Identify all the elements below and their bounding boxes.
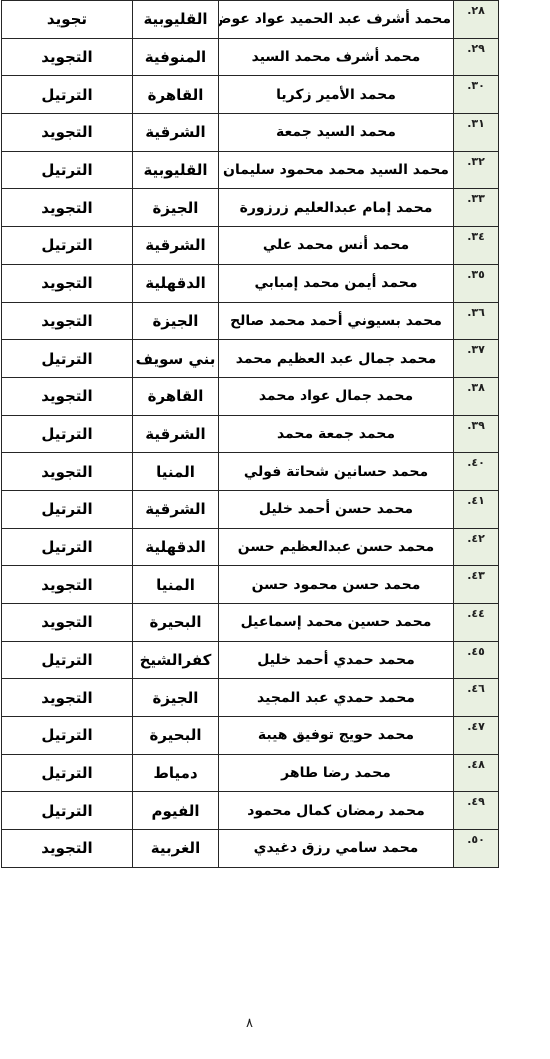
table-row: ٥٠.محمد سامي رزق دغيديالغربيةالتجويد: [2, 830, 499, 868]
category-cell: الترتيل: [2, 227, 133, 265]
governorate-cell: القليوبية: [133, 151, 219, 189]
category-cell: تجويد: [2, 1, 133, 39]
category-cell: التجويد: [2, 604, 133, 642]
governorate-cell: البحيرة: [133, 604, 219, 642]
governorate-cell: البحيرة: [133, 717, 219, 755]
category-cell: التجويد: [2, 566, 133, 604]
contestant-name-cell: محمد أيمن محمد إمبابي: [219, 264, 454, 302]
category-cell: التجويد: [2, 679, 133, 717]
contestant-name-cell: محمد حسن محمود حسن: [219, 566, 454, 604]
category-cell: الترتيل: [2, 415, 133, 453]
contestant-name-cell: محمد حمدي أحمد خليل: [219, 641, 454, 679]
governorate-cell: الشرقية: [133, 114, 219, 152]
contestant-name-cell: محمد حسن أحمد خليل: [219, 490, 454, 528]
contestant-name-cell: محمد جمال عواد محمد: [219, 377, 454, 415]
category-cell: الترتيل: [2, 528, 133, 566]
table-row: ٣٧.محمد جمال عبد العظيم محمدبني سويفالتر…: [2, 340, 499, 378]
contestants-table: ٢٨.محمد أشرف عبد الحميد عواد عوضالقليوبي…: [1, 0, 499, 868]
category-cell: الترتيل: [2, 490, 133, 528]
row-number-cell: ٤٣.: [454, 566, 499, 604]
contestant-name-cell: محمد بسيوني أحمد محمد صالح: [219, 302, 454, 340]
governorate-cell: الدقهلية: [133, 264, 219, 302]
contestant-name-cell: محمد الأمير زكريا: [219, 76, 454, 114]
category-cell: الترتيل: [2, 641, 133, 679]
contestant-name-cell: محمد حسانين شحاتة فولي: [219, 453, 454, 491]
table-row: ٤٨.محمد رضا طاهردمياطالترتيل: [2, 754, 499, 792]
category-cell: التجويد: [2, 453, 133, 491]
governorate-cell: الفيوم: [133, 792, 219, 830]
governorate-cell: الجيزة: [133, 302, 219, 340]
table-row: ٢٩.محمد أشرف محمد السيدالمنوفيةالتجويد: [2, 38, 499, 76]
contestant-name-cell: محمد سامي رزق دغيدي: [219, 830, 454, 868]
contestant-name-cell: محمد رضا طاهر: [219, 754, 454, 792]
contestant-name-cell: محمد حمدي عبد المجيد: [219, 679, 454, 717]
category-cell: الترتيل: [2, 754, 133, 792]
governorate-cell: المنوفية: [133, 38, 219, 76]
category-cell: الترتيل: [2, 76, 133, 114]
table-row: ٤٣.محمد حسن محمود حسنالمنياالتجويد: [2, 566, 499, 604]
table-row: ٣٣.محمد إمام عبدالعليم زرزورةالجيزةالتجو…: [2, 189, 499, 227]
contestant-name-cell: محمد حسين محمد إسماعيل: [219, 604, 454, 642]
table-row: ٤٤.محمد حسين محمد إسماعيلالبحيرةالتجويد: [2, 604, 499, 642]
governorate-cell: دمياط: [133, 754, 219, 792]
row-number-cell: ٤٤.: [454, 604, 499, 642]
row-number-cell: ٥٠.: [454, 830, 499, 868]
contestant-name-cell: محمد حسن عبدالعظيم حسن: [219, 528, 454, 566]
category-cell: التجويد: [2, 302, 133, 340]
table-row: ٤٩.محمد رمضان كمال محمودالفيومالترتيل: [2, 792, 499, 830]
table-row: ٣٩.محمد جمعة محمدالشرقيةالترتيل: [2, 415, 499, 453]
category-cell: الترتيل: [2, 792, 133, 830]
row-number-cell: ٤١.: [454, 490, 499, 528]
row-number-cell: ٣٨.: [454, 377, 499, 415]
contestant-name-cell: محمد رمضان كمال محمود: [219, 792, 454, 830]
contestants-table-body: ٢٨.محمد أشرف عبد الحميد عواد عوضالقليوبي…: [2, 1, 499, 868]
governorate-cell: المنيا: [133, 453, 219, 491]
row-number-cell: ٣١.: [454, 114, 499, 152]
governorate-cell: كفرالشيخ: [133, 641, 219, 679]
row-number-cell: ٤٠.: [454, 453, 499, 491]
row-number-cell: ٤٨.: [454, 754, 499, 792]
row-number-cell: ٣٧.: [454, 340, 499, 378]
table-row: ٣٨.محمد جمال عواد محمدالقاهرةالتجويد: [2, 377, 499, 415]
row-number-cell: ٢٩.: [454, 38, 499, 76]
row-number-cell: ٤٩.: [454, 792, 499, 830]
contestant-name-cell: محمد السيد محمد محمود سليمان: [219, 151, 454, 189]
table-row: ٤٧.محمد حويج توفيق هيبةالبحيرةالترتيل: [2, 717, 499, 755]
governorate-cell: القاهرة: [133, 377, 219, 415]
category-cell: التجويد: [2, 264, 133, 302]
governorate-cell: المنيا: [133, 566, 219, 604]
category-cell: التجويد: [2, 38, 133, 76]
row-number-cell: ٤٢.: [454, 528, 499, 566]
table-row: ٤٠.محمد حسانين شحاتة فوليالمنياالتجويد: [2, 453, 499, 491]
contestant-name-cell: محمد إمام عبدالعليم زرزورة: [219, 189, 454, 227]
governorate-cell: الجيزة: [133, 679, 219, 717]
category-cell: التجويد: [2, 377, 133, 415]
table-row: ٤٥.محمد حمدي أحمد خليلكفرالشيخالترتيل: [2, 641, 499, 679]
governorate-cell: الغربية: [133, 830, 219, 868]
row-number-cell: ٤٥.: [454, 641, 499, 679]
category-cell: التجويد: [2, 114, 133, 152]
row-number-cell: ٣٤.: [454, 227, 499, 265]
table-row: ٣٠.محمد الأمير زكرياالقاهرةالترتيل: [2, 76, 499, 114]
contestant-name-cell: محمد جمعة محمد: [219, 415, 454, 453]
category-cell: التجويد: [2, 830, 133, 868]
table-row: ٣٢.محمد السيد محمد محمود سليمانالقليوبية…: [2, 151, 499, 189]
governorate-cell: بني سويف: [133, 340, 219, 378]
governorate-cell: الدقهلية: [133, 528, 219, 566]
contestant-name-cell: محمد أنس محمد علي: [219, 227, 454, 265]
table-row: ٤١.محمد حسن أحمد خليلالشرقيةالترتيل: [2, 490, 499, 528]
contestant-name-cell: محمد أشرف محمد السيد: [219, 38, 454, 76]
governorate-cell: الشرقية: [133, 227, 219, 265]
row-number-cell: ٣٣.: [454, 189, 499, 227]
contestant-name-cell: محمد السيد جمعة: [219, 114, 454, 152]
governorate-cell: الجيزة: [133, 189, 219, 227]
document-page: { "page": { "footer_page_number": "٨" },…: [0, 0, 550, 1059]
row-number-cell: ٣٦.: [454, 302, 499, 340]
contestant-name-cell: محمد حويج توفيق هيبة: [219, 717, 454, 755]
row-number-cell: ٣٠.: [454, 76, 499, 114]
table-row: ٣١.محمد السيد جمعةالشرقيةالتجويد: [2, 114, 499, 152]
governorate-cell: الشرقية: [133, 415, 219, 453]
row-number-cell: ٤٧.: [454, 717, 499, 755]
table-row: ٣٤.محمد أنس محمد عليالشرقيةالترتيل: [2, 227, 499, 265]
contestant-name-cell: محمد جمال عبد العظيم محمد: [219, 340, 454, 378]
row-number-cell: ٤٦.: [454, 679, 499, 717]
table-row: ٣٥.محمد أيمن محمد إمبابيالدقهليةالتجويد: [2, 264, 499, 302]
row-number-cell: ٣٢.: [454, 151, 499, 189]
row-number-cell: ٣٥.: [454, 264, 499, 302]
category-cell: التجويد: [2, 189, 133, 227]
governorate-cell: القليوبية: [133, 1, 219, 39]
category-cell: الترتيل: [2, 151, 133, 189]
table-row: ٢٨.محمد أشرف عبد الحميد عواد عوضالقليوبي…: [2, 1, 499, 39]
table-row: ٤٦.محمد حمدي عبد المجيدالجيزةالتجويد: [2, 679, 499, 717]
row-number-cell: ٣٩.: [454, 415, 499, 453]
governorate-cell: القاهرة: [133, 76, 219, 114]
row-number-cell: ٢٨.: [454, 1, 499, 39]
category-cell: الترتيل: [2, 340, 133, 378]
governorate-cell: الشرقية: [133, 490, 219, 528]
page-number: ٨: [1, 1016, 498, 1031]
category-cell: الترتيل: [2, 717, 133, 755]
table-row: ٣٦.محمد بسيوني أحمد محمد صالحالجيزةالتجو…: [2, 302, 499, 340]
contestant-name-cell: محمد أشرف عبد الحميد عواد عوض: [219, 1, 454, 39]
table-row: ٤٢.محمد حسن عبدالعظيم حسنالدقهليةالترتيل: [2, 528, 499, 566]
